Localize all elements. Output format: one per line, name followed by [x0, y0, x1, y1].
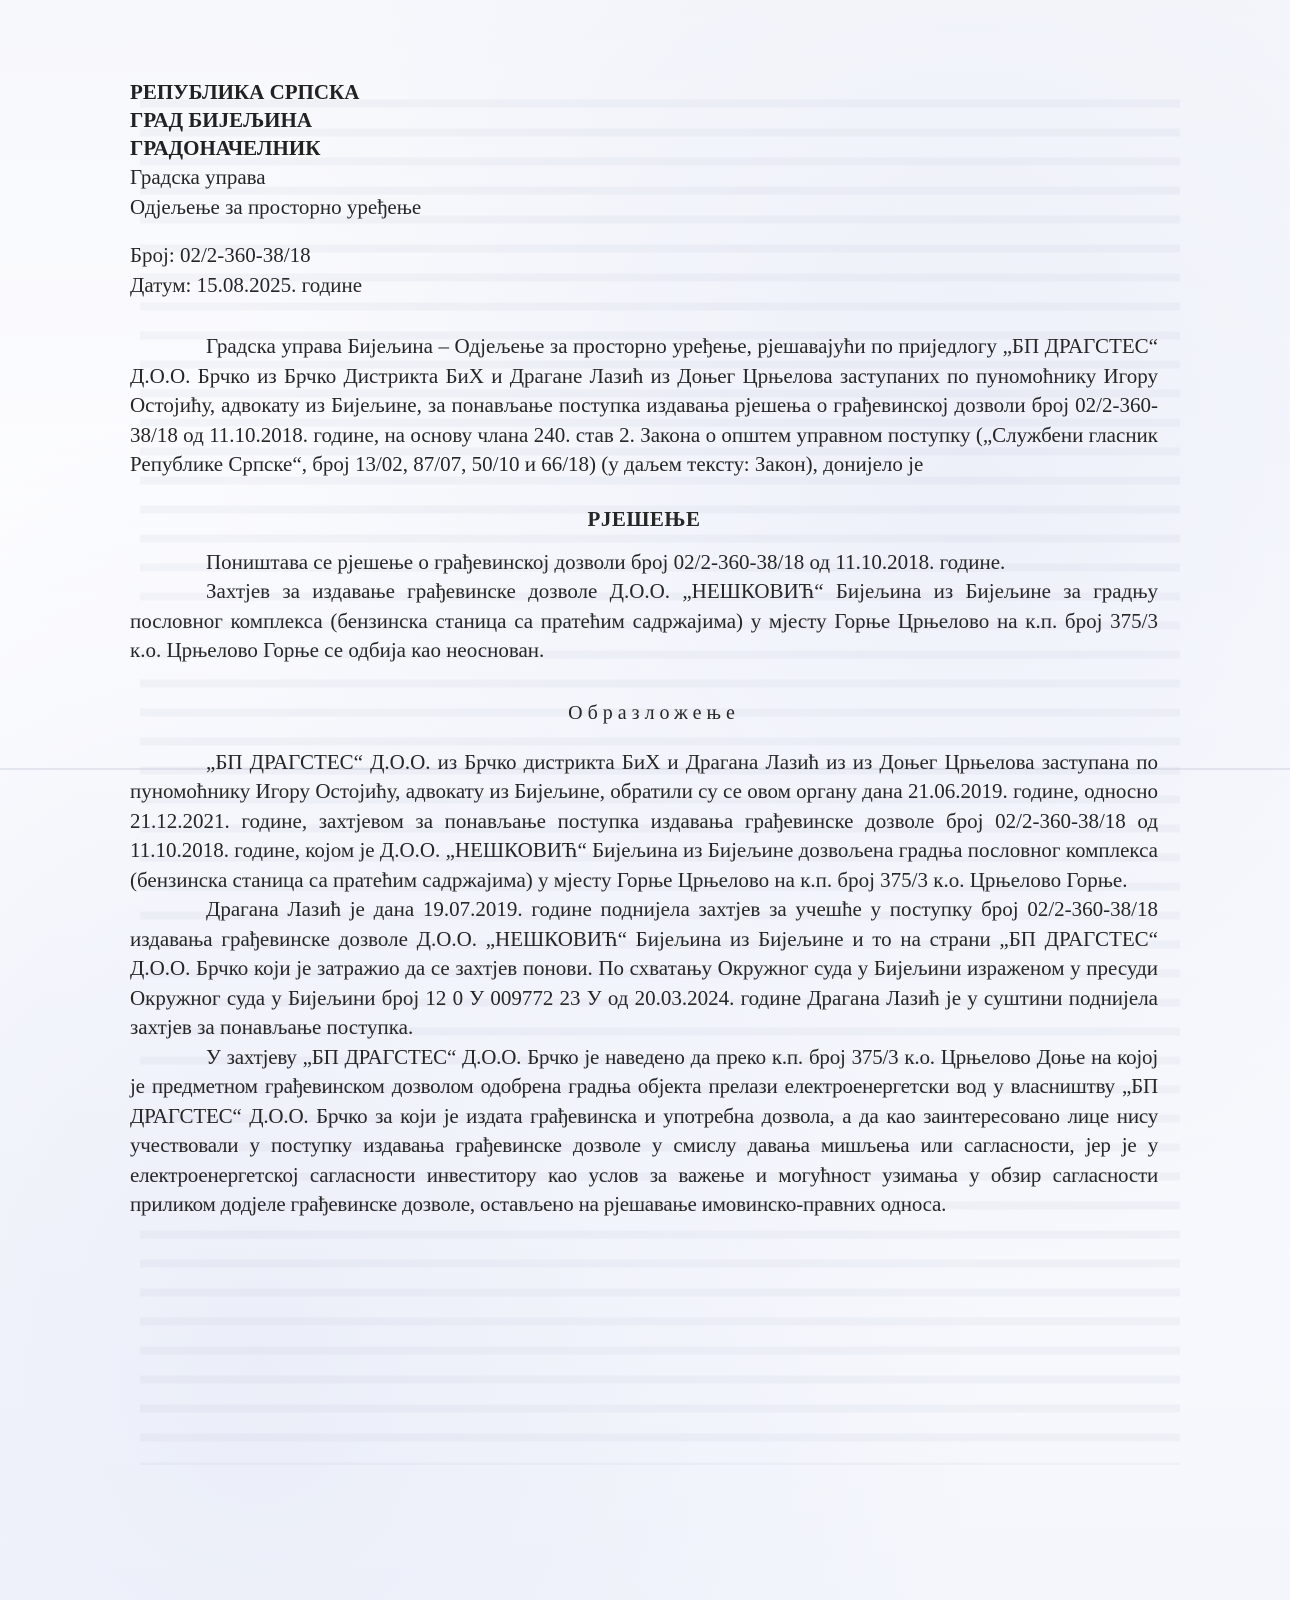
letterhead-department: Одјељење за просторно уређење: [130, 192, 1158, 222]
reference-block: Број: 02/2-360-38/18 Датум: 15.08.2025. …: [130, 240, 1158, 300]
letterhead: РЕПУБЛИКА СРПСКА ГРАД БИЈЕЉИНА ГРАДОНАЧЕ…: [130, 78, 1158, 222]
document-page: РЕПУБЛИКА СРПСКА ГРАД БИЈЕЉИНА ГРАДОНАЧЕ…: [130, 78, 1158, 1220]
decision-paragraph: Поништава се рјешење о грађевинској дозв…: [130, 548, 1158, 578]
letterhead-republic: РЕПУБЛИКА СРПСКА: [130, 78, 1158, 106]
decision-paragraph: Захтјев за издавање грађевинске дозволе …: [130, 577, 1158, 666]
explanation-title: Образложење: [130, 698, 1158, 728]
reference-date: Датум: 15.08.2025. године: [130, 270, 1158, 300]
explanation-paragraph: Драгана Лазић је дана 19.07.2019. године…: [130, 895, 1158, 1043]
decision-title: РЈЕШЕЊЕ: [130, 504, 1158, 534]
explanation-paragraph: У захтјеву „БП ДРАГСТЕС“ Д.О.О. Брчко је…: [130, 1043, 1158, 1220]
intro-paragraph: Градска управа Бијељина – Одјељење за пр…: [130, 332, 1158, 480]
letterhead-mayor: ГРАДОНАЧЕЛНИК: [130, 134, 1158, 162]
decision-body: Поништава се рјешење о грађевинској дозв…: [130, 548, 1158, 666]
explanation-paragraph: „БП ДРАГСТЕС“ Д.О.О. из Брчко дистрикта …: [130, 748, 1158, 896]
letterhead-city: ГРАД БИЈЕЉИНА: [130, 106, 1158, 134]
letterhead-administration: Градска управа: [130, 162, 1158, 192]
reference-number: Број: 02/2-360-38/18: [130, 240, 1158, 270]
explanation-body: „БП ДРАГСТЕС“ Д.О.О. из Брчко дистрикта …: [130, 748, 1158, 1220]
